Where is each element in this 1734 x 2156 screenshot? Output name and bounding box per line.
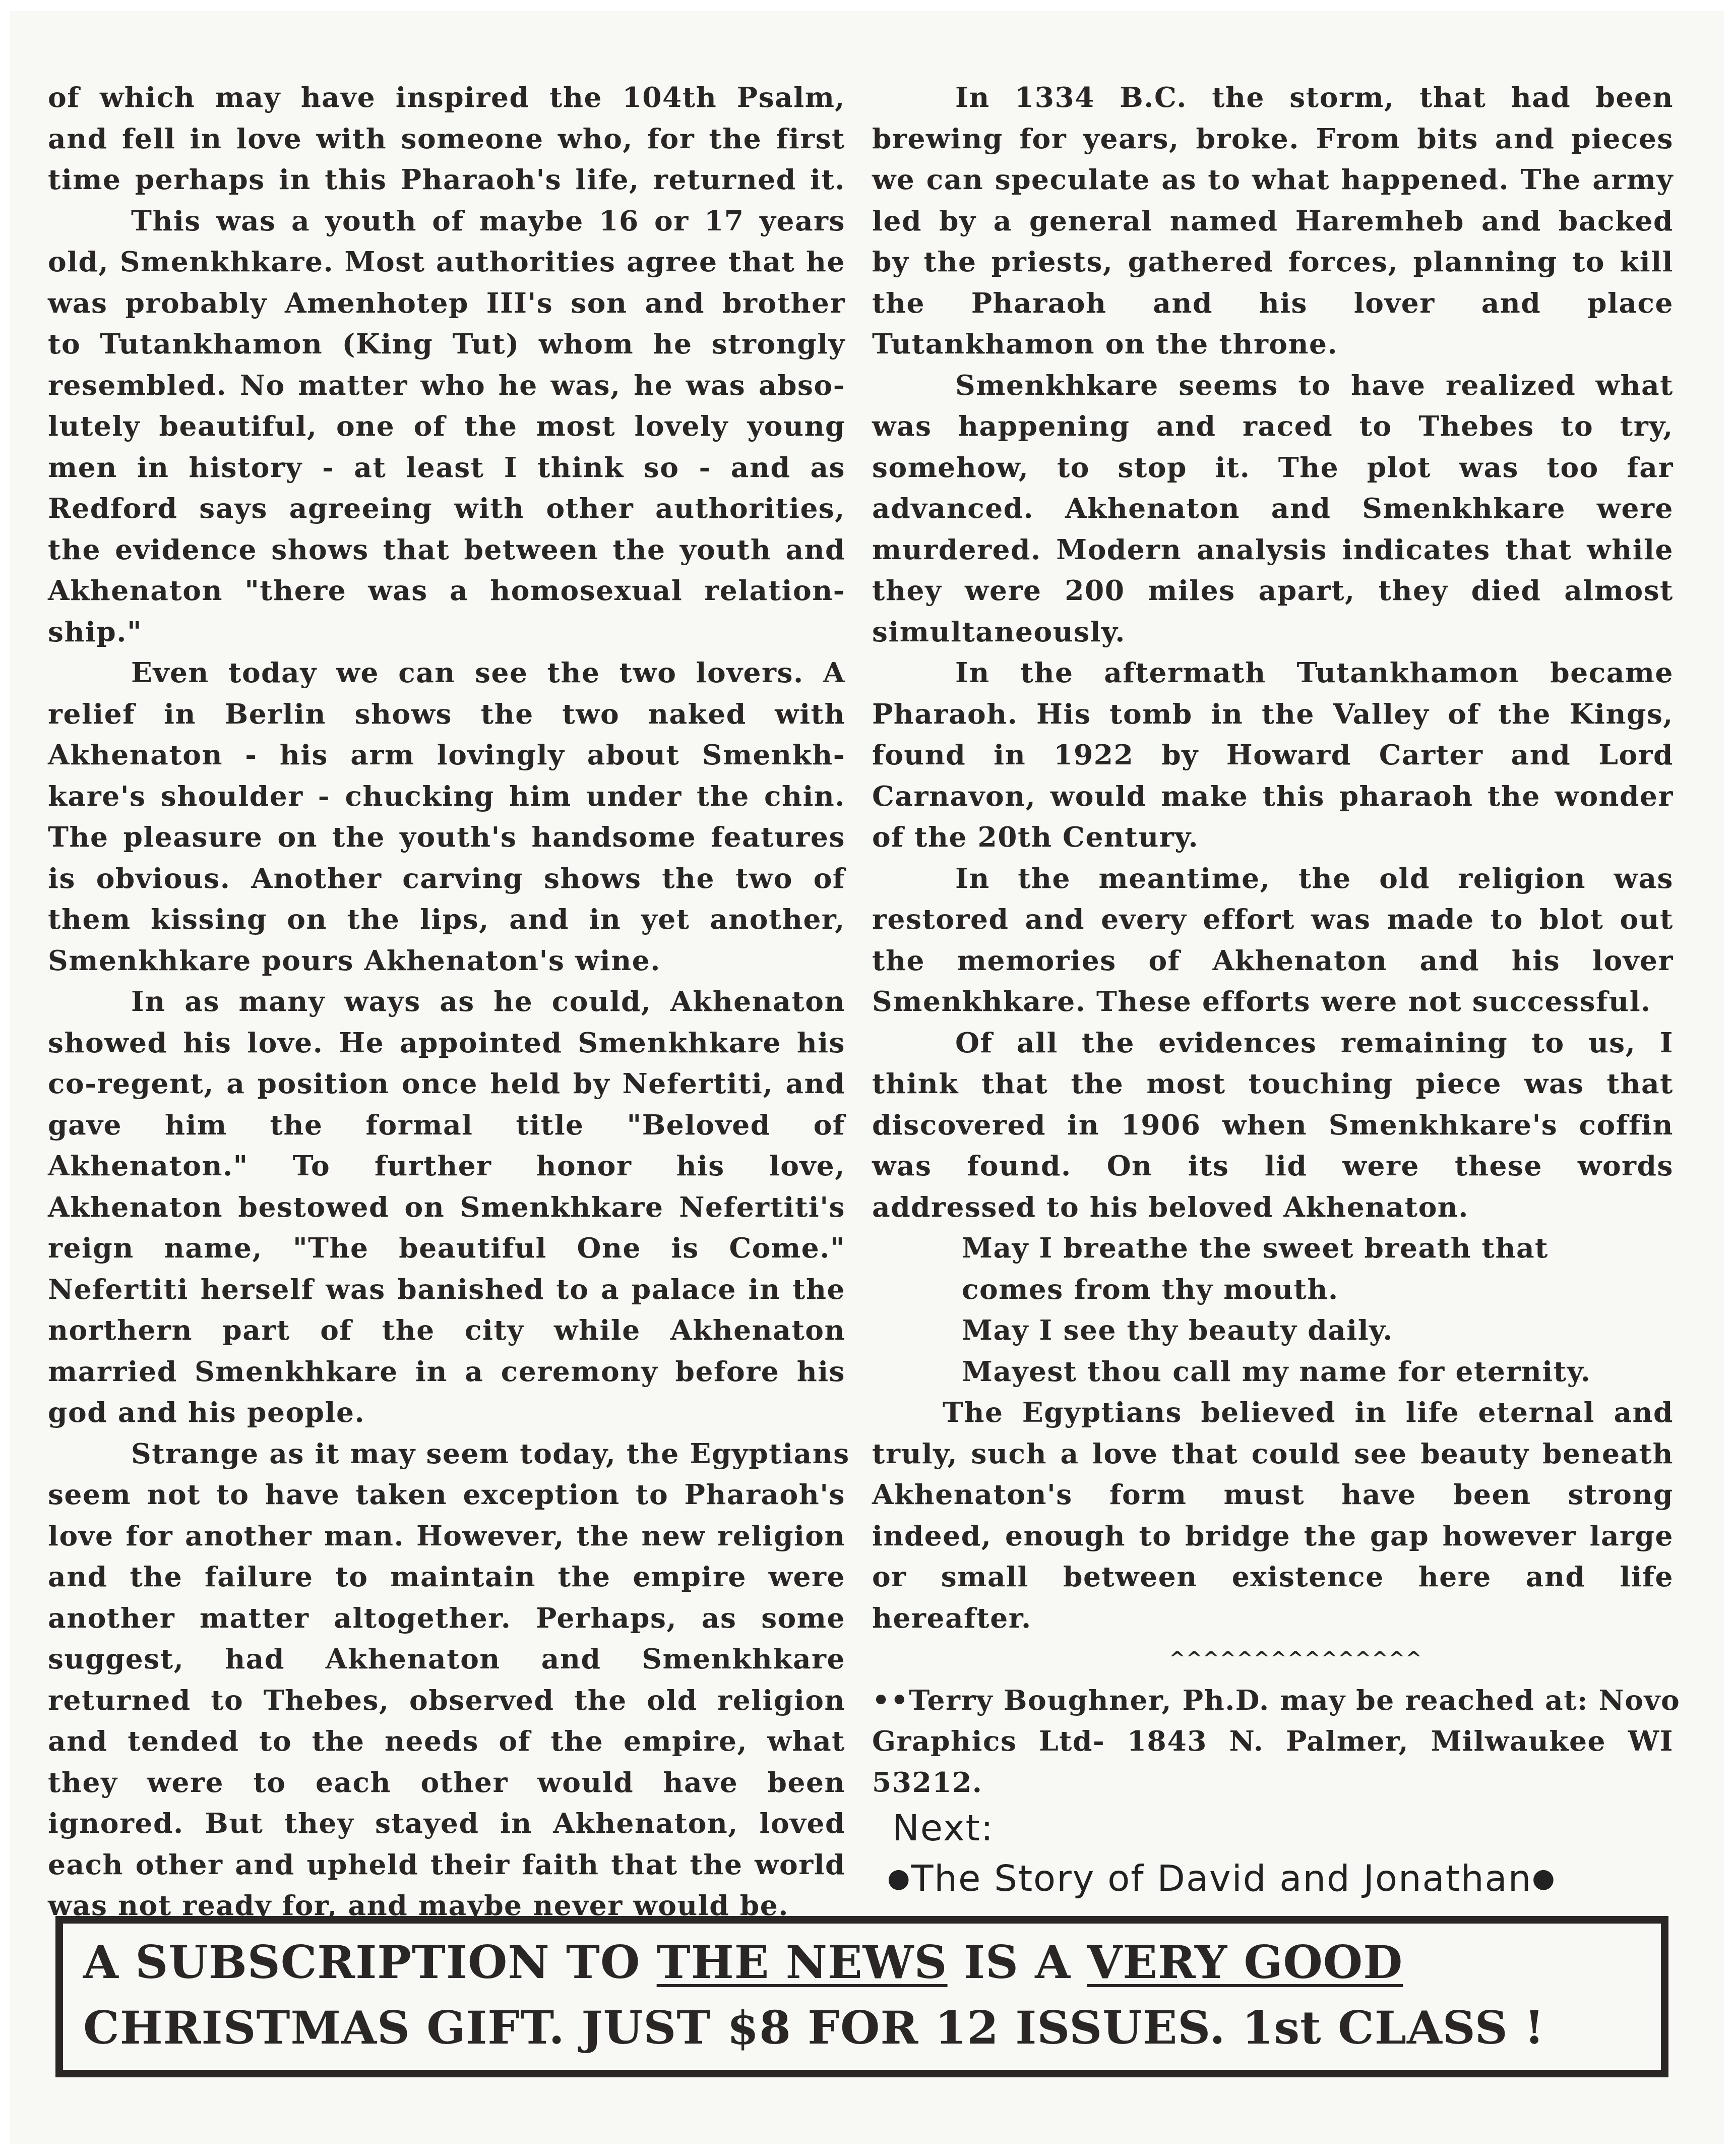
text-line: ignored. But they stayed in Akhenaton, l… [48,1803,845,1844]
ad-text: IS A [948,1936,1087,1989]
subscription-ad-box: A SUBSCRIPTION TO THE NEWS IS A VERY GOO… [55,1916,1668,2077]
text-line: advanced. Akhenaton and Smenkhkare were [872,488,1674,529]
text-line: suggest, had Akhenaton and Smenkhkare [48,1638,845,1680]
text-line: Akhenaton bestowed on Smenkhkare Neferti… [48,1186,845,1228]
text-line: each other and upheld their faith that t… [48,1844,845,1885]
text-line: In as many ways as he could, Akhenaton [48,981,845,1022]
text-line: Smenkhkare. These efforts were not succe… [872,981,1674,1022]
text-line: lutely beautiful, one of the most lovely… [48,405,845,447]
text-line: another matter altogether. Perhaps, as s… [48,1597,845,1639]
ad-text: A SUBSCRIPTION TO [83,1936,657,1989]
text-line: led by a general named Haremheb and back… [872,200,1674,242]
text-line: addressed to his beloved Akhenaton. [872,1186,1674,1228]
text-line: the evidence shows that between the yout… [48,529,845,570]
newspaper-page: of which may have inspired the 104th Psa… [10,11,1724,2144]
text-line: Nefertiti herself was banished to a pala… [48,1269,845,1310]
text-line: May I breathe the sweet breath that [872,1227,1674,1269]
text-line: In 1334 B.C. the storm, that had been [872,77,1674,118]
bullet-icon: ● [1532,1863,1556,1893]
ad-emphasis: VERY GOOD [1087,1936,1403,1989]
text-line: old, Smenkhkare. Most authorities agree … [48,241,845,282]
text-line: to Tutankhamon (King Tut) whom he strong… [48,323,845,365]
text-line: by the priests, gathered forces, plannin… [872,241,1674,282]
text-line: ship." [48,611,845,652]
text-line: and tended to the needs of the empire, w… [48,1720,845,1762]
text-line: god and his people. [48,1392,845,1433]
text-line: gave him the formal title "Beloved of [48,1104,845,1146]
right-column-body: In 1334 B.C. the storm, that had beenbre… [872,77,1674,1638]
text-line: relief in Berlin shows the two naked wit… [48,693,845,735]
text-line: Smenkhkare pours Akhenaton's wine. [48,940,845,981]
text-line: or small between existence here and life [872,1556,1674,1597]
text-line: In the meantime, the old religion was [872,858,1674,899]
text-line: The Egyptians believed in life eternal a… [872,1392,1674,1433]
text-line: Pharaoh. His tomb in the Valley of the K… [872,693,1674,735]
text-line: somehow, to stop it. The plot was too fa… [872,447,1674,488]
text-line: seem not to have taken exception to Phar… [48,1474,845,1515]
text-line: is obvious. Another carving shows the tw… [48,858,845,899]
text-line: resembled. No matter who he was, he was … [48,365,845,406]
text-line: of which may have inspired the 104th Psa… [48,77,845,118]
bullet-icon: ● [887,1863,911,1893]
text-line: and fell in love with someone who, for t… [48,118,845,159]
text-line: time perhaps in this Pharaoh's life, ret… [48,159,845,200]
text-line: Akhenaton's form must have been strong [872,1474,1674,1515]
text-line: Even today we can see the two lovers. A [48,652,845,693]
text-line: Carnavon, would make this pharaoh the wo… [872,775,1674,817]
text-line: restored and every effort was made to bl… [872,899,1674,940]
text-line: Tutankhamon on the throne. [872,323,1674,365]
text-line: This was a youth of maybe 16 or 17 years [48,200,845,242]
text-line: and the failure to maintain the empire w… [48,1556,845,1597]
next-story-title: ●The Story of David and Jonathan● [872,1853,1674,1903]
text-line: Redford says agreeing with other authori… [48,488,845,529]
author-note-line: Graphics Ltd- 1843 N. Palmer, Milwaukee … [872,1720,1674,1762]
text-line: we can speculate as to what happened. Th… [872,159,1674,200]
text-line: Of all the evidences remaining to us, I [872,1022,1674,1063]
right-text-column: In 1334 B.C. the storm, that had beenbre… [872,77,1674,1903]
text-line: Akhenaton "there was a homosexual relati… [48,570,845,611]
text-line: simultaneously. [872,611,1674,652]
text-line: Akhenaton - his arm lovingly about Smenk… [48,734,845,775]
next-label: Next: [872,1803,1674,1853]
text-line: they were 200 miles apart, they died alm… [872,570,1674,611]
text-line: reign name, "The beautiful One is Come." [48,1227,845,1269]
publication-name: THE NEWS [657,1936,948,1989]
text-line: the memories of Akhenaton and his lover [872,940,1674,981]
author-note-line: ••Terry Boughner, Ph.D. may be reached a… [872,1680,1674,1721]
text-line: of the 20th Century. [872,816,1674,858]
text-line: brewing for years, broke. From bits and … [872,118,1674,159]
text-line: was happening and raced to Thebes to try… [872,405,1674,447]
subscription-ad-line-2: CHRISTMAS GIFT. JUST $8 FOR 12 ISSUES. 1… [83,2000,1545,2056]
text-line: found in 1922 by Howard Carter and Lord [872,734,1674,775]
author-note-line: 53212. [872,1762,1674,1803]
text-line: discovered in 1906 when Smenkhkare's cof… [872,1104,1674,1146]
text-line: them kissing on the lips, and in yet ano… [48,899,845,940]
next-story-text: The Story of David and Jonathan [911,1857,1532,1899]
text-line: the Pharaoh and his lover and place [872,282,1674,324]
text-line: was found. On its lid were these words [872,1145,1674,1186]
text-line: Akhenaton." To further honor his love, [48,1145,845,1186]
text-line: they were to each other would have been [48,1762,845,1803]
left-text-column: of which may have inspired the 104th Psa… [48,77,845,1926]
text-line: May I see thy beauty daily. [872,1309,1674,1351]
text-line: think that the most touching piece was t… [872,1063,1674,1104]
text-line: returned to Thebes, observed the old rel… [48,1680,845,1721]
text-line: co-regent, a position once held by Nefer… [48,1063,845,1104]
section-divider-ornament: ^^^^^^^^^^^^^^^ [872,1638,1674,1680]
text-line: murdered. Modern analysis indicates that… [872,529,1674,570]
text-line: northern part of the city while Akhenato… [48,1309,845,1351]
text-line: The pleasure on the youth's handsome fea… [48,816,845,858]
text-line: Strange as it may seem today, the Egypti… [48,1433,845,1474]
text-line: indeed, enough to bridge the gap however… [872,1515,1674,1556]
text-line: In the aftermath Tutankhamon became [872,652,1674,693]
text-line: hereafter. [872,1597,1674,1639]
text-line: love for another man. However, the new r… [48,1515,845,1556]
text-line: was probably Amenhotep III's son and bro… [48,282,845,324]
text-line: showed his love. He appointed Smenkhkare… [48,1022,845,1063]
text-line: men in history - at least I think so - a… [48,447,845,488]
text-line: Mayest thou call my name for eternity. [872,1351,1674,1392]
text-line: married Smenkhkare in a ceremony before … [48,1351,845,1392]
text-line: comes from thy mouth. [872,1269,1674,1310]
subscription-ad-line-1: A SUBSCRIPTION TO THE NEWS IS A VERY GOO… [83,1935,1403,1990]
text-line: kare's shoulder - chucking him under the… [48,775,845,817]
text-line: Smenkhkare seems to have realized what [872,365,1674,406]
text-line: truly, such a love that could see beauty… [872,1433,1674,1474]
